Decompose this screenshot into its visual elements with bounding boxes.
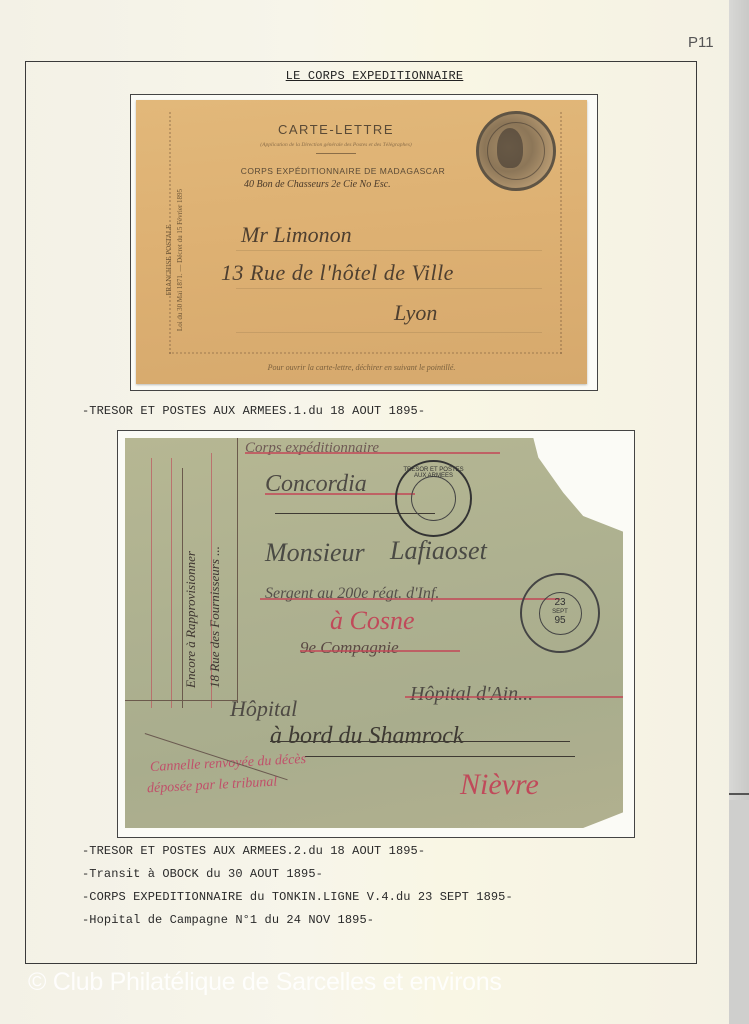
handwritten-rank: Sergent au 200e régt. d'Inf.: [265, 585, 439, 603]
red-strike: [245, 452, 500, 454]
ornament-divider: [316, 153, 356, 154]
postmark-1-text: TRESOR ET POSTES AUX ARMEES: [397, 467, 470, 479]
card-corps-line: CORPS EXPÉDITIONNAIRE DE MADAGASCAR: [198, 166, 488, 176]
side-note-2: 18 Rue des Fournisseurs ...: [207, 546, 223, 688]
perforation-bottom: [169, 352, 562, 354]
side-line-1: FRANCHISE POSTALE: [164, 160, 175, 360]
red-note-2: déposée par le tribunal: [147, 775, 278, 798]
caption-item1: -TRESOR ET POSTES AUX ARMEES.1.du 18 AOU…: [82, 404, 425, 418]
caption-item2-line1: -TRESOR ET POSTES AUX ARMEES.2.du 18 AOU…: [82, 844, 425, 858]
handwritten-name: Lafiaoset: [390, 536, 487, 566]
postmark-ligne-v4-icon: 23 SEPT 95: [520, 573, 600, 653]
handwritten-hospital: Hôpital: [230, 696, 297, 722]
handwritten-hospital-struck: Hôpital d'Ain...: [410, 683, 533, 706]
card-footer: Pour ouvrir la carte-lettre, déchirer en…: [136, 363, 587, 372]
carte-lettre: FRANCHISE POSTALE Loi du 30 Mai 1871. — …: [136, 100, 587, 384]
handwritten-top-line: Corps expéditionnaire: [245, 440, 379, 457]
handwritten-city-red: à Cosne: [330, 606, 415, 636]
ink-rule: [125, 700, 237, 701]
side-line-2: Loi du 30 Mai 1871. — Décret du 15 Févri…: [175, 160, 186, 360]
caption-item2-line4: -Hopital de Campagne N°1 du 24 NOV 1895-: [82, 913, 374, 927]
red-note-1: Cannelle renvoyée du décès: [150, 752, 307, 776]
handwritten-city: Lyon: [394, 300, 437, 326]
perforation-right: [560, 112, 562, 354]
card-subtitle: (Application de la Direction générale de…: [196, 142, 476, 148]
red-strike: [260, 598, 560, 600]
address-rule: [236, 332, 542, 333]
ink-strike: [270, 741, 570, 742]
card-unit-line: 40 Bon de Chasseurs 2e Cie No Esc.: [244, 179, 391, 190]
red-rule: [171, 458, 172, 708]
page-number: P11: [688, 34, 714, 51]
handwritten-street: 13 Rue de l'hôtel de Ville: [221, 260, 454, 286]
franchise-side-text: FRANCHISE POSTALE Loi du 30 Mai 1871. — …: [164, 160, 194, 360]
caption-item2-line3: -CORPS EXPEDITIONNAIRE du TONKIN.LIGNE V…: [82, 890, 513, 904]
postmark-2-year: 95: [522, 616, 598, 626]
handwritten-salutation: Monsieur: [265, 538, 365, 568]
address-rule: [236, 250, 542, 251]
red-strike: [405, 696, 623, 698]
page-title: LE CORPS EXPEDITIONNAIRE: [0, 69, 749, 83]
red-strike: [265, 493, 415, 495]
copyright-watermark: © Club Philatélique de Sarcelles et envi…: [28, 968, 502, 997]
handwritten-ship: à bord du Shamrock: [270, 723, 464, 750]
imprinted-stamp-icon: [476, 111, 556, 191]
ink-underline: [305, 756, 575, 757]
card-title: CARTE-LETTRE: [196, 122, 476, 137]
cover-envelope: Encore à Rapprovisionner 18 Rue des Four…: [125, 438, 623, 828]
handwritten-dept-red: Nièvre: [460, 768, 539, 802]
postmark-2-day: 23: [522, 598, 598, 608]
caption-item2-line2: -Transit à OBOCK du 30 AOUT 1895-: [82, 867, 323, 881]
side-note-1: Encore à Rapprovisionner: [183, 551, 199, 688]
handwritten-addressee: Mr Limonon: [241, 222, 352, 248]
red-rule: [151, 458, 152, 708]
red-strike: [300, 650, 460, 652]
postmark-tresor-postes-icon: TRESOR ET POSTES AUX ARMEES: [395, 460, 472, 537]
scanner-edge: [729, 0, 749, 1024]
handwritten-company: 9e Compagnie: [300, 638, 399, 658]
ink-rule: [237, 438, 238, 703]
address-rule: [236, 288, 542, 289]
